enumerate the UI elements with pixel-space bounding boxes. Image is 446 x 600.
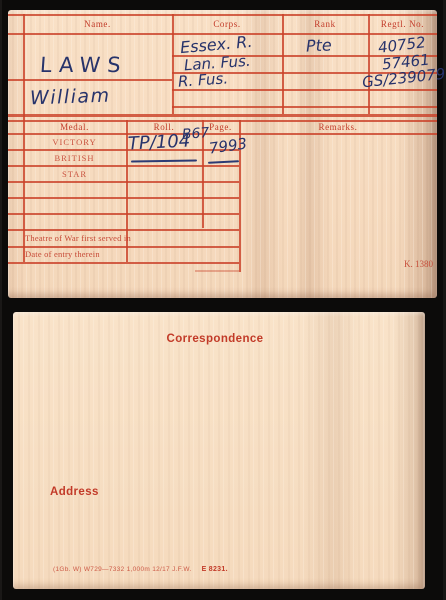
address-label: Address [50,487,99,499]
ruled-line [172,89,437,91]
date-of-entry-label: Date of entry therein [25,250,100,259]
ruled-line [8,213,239,215]
printer-imprint: (1Gb. W) W729—7332 1,000m 12/17 J.F.W. [53,566,192,573]
handwritten-rank: Pte [306,37,333,54]
handwritten-roll-suffix: B67 [182,126,210,142]
medal-index-card-back: Correspondence Address (1Gb. W) W729—733… [13,312,425,589]
medal-row-british: British [23,154,126,163]
remarks-column-header: Remarks. [239,123,437,132]
ruled-line [8,79,172,81]
handwritten-surname: LAWS [39,55,128,76]
grid-line [368,14,370,114]
ruled-line [8,181,239,183]
grid-line [172,14,174,114]
rank-column-header: Rank [282,20,368,29]
form-code: K. 1380 [388,260,433,269]
section-divider-line [8,114,437,117]
medal-column-header: Medal. [23,123,126,132]
ruled-line [8,149,239,151]
handwritten-underline [131,159,197,162]
grid-line [282,14,284,114]
handwritten-corps-3: R. Fus. [178,71,229,89]
scanned-medal-index-card: Name. Corps. Rank Regtl. No. LAWS Willia… [0,0,446,600]
ruled-line [8,165,239,167]
handwritten-underline [208,160,239,164]
medal-row-victory: Victory [23,138,126,147]
ruled-line [8,14,437,16]
name-column-header: Name. [23,20,172,29]
ruled-line [8,197,239,199]
ruled-line [8,246,239,248]
printer-imprint-line: (1Gb. W) W729—7332 1,000m 12/17 J.F.W. E… [53,558,228,576]
theatre-of-war-label: Theatre of War first served in [25,234,131,243]
ruled-line [8,133,437,135]
correspondence-title: Correspondence [13,334,417,346]
ruled-line [172,106,437,108]
handwritten-regtl-no-3: GS/239079 [361,67,446,91]
handwritten-forename: William [30,87,111,109]
form-code-back: E 8231. [202,566,228,573]
corps-column-header: Corps. [172,20,282,29]
handwritten-page-number: 7993 [208,136,248,156]
ruled-line [8,229,239,231]
ruled-line [195,270,239,272]
regtl-no-column-header: Regtl. No. [368,20,437,29]
ruled-line [8,262,239,264]
medal-row-star: Star [23,170,126,179]
medal-index-card-front: Name. Corps. Rank Regtl. No. LAWS Willia… [8,10,437,298]
